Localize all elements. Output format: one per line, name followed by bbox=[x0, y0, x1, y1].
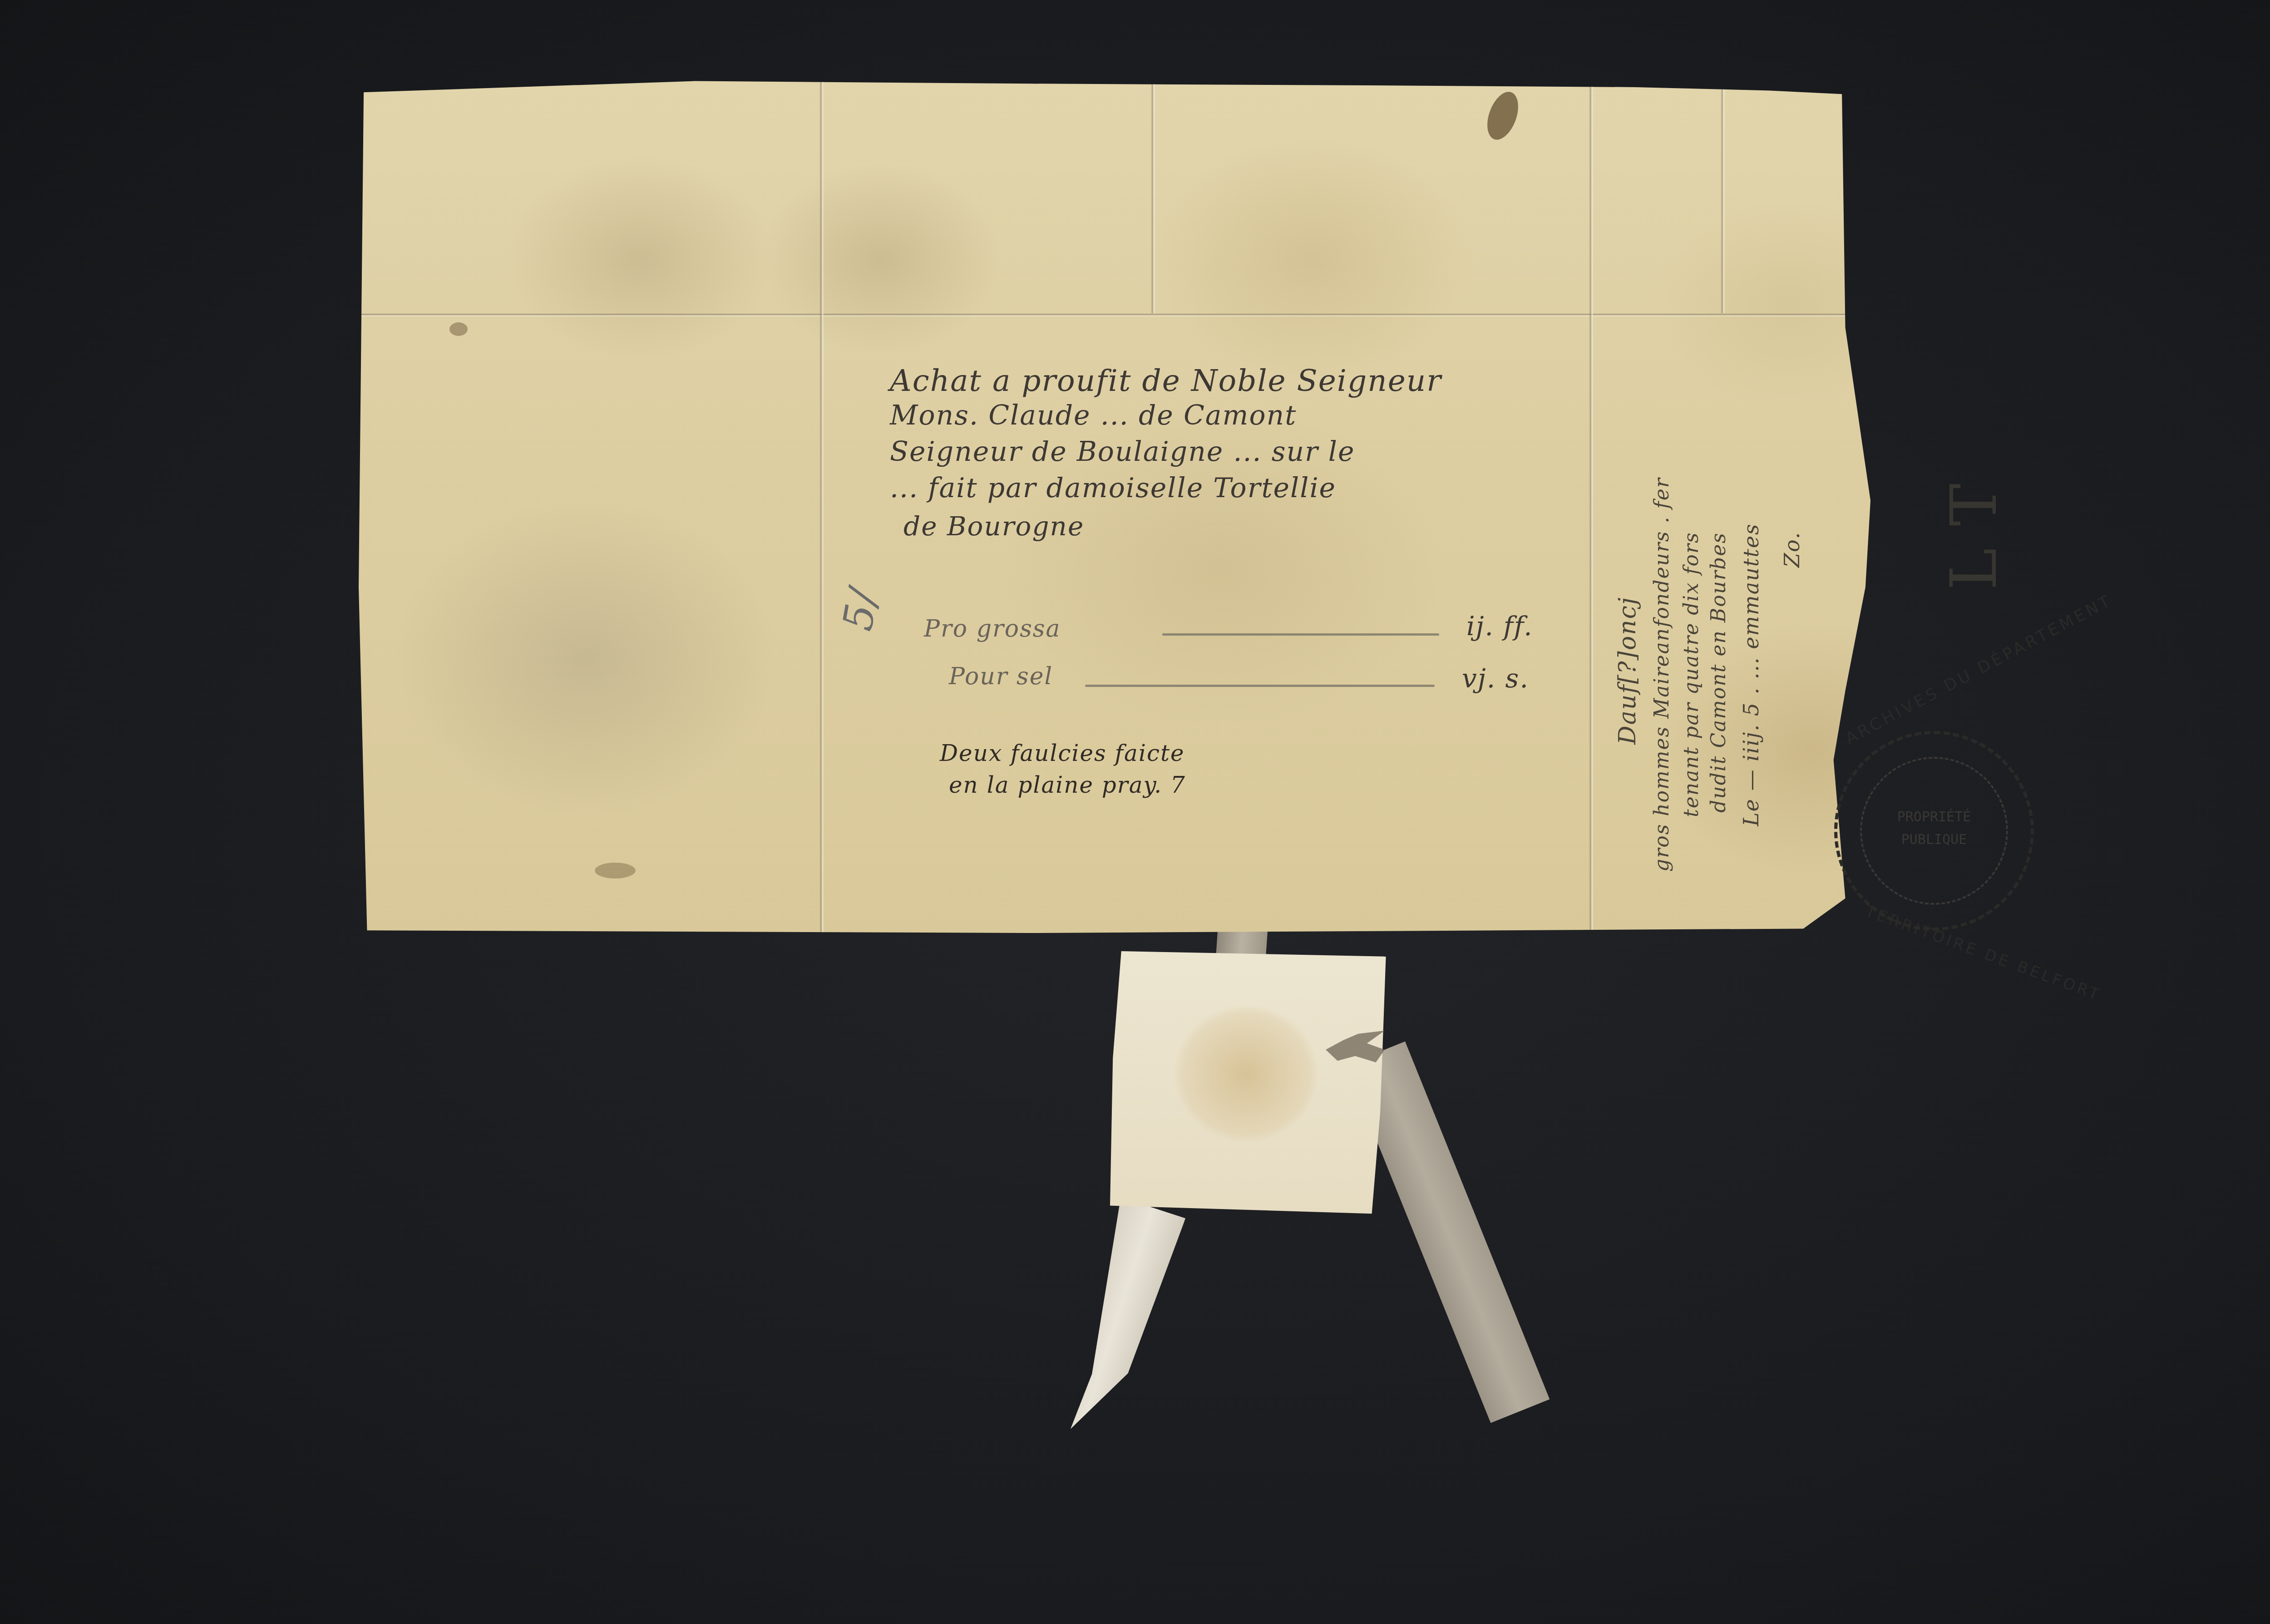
stamp-inner-ring bbox=[1860, 757, 2008, 905]
endorsement-line-3: Seigneur de Boulaigne ... sur le bbox=[890, 436, 1355, 468]
account-amount-2: vj. s. bbox=[1462, 663, 1529, 694]
fold-line-far-right bbox=[1721, 68, 1725, 313]
account-rule-2 bbox=[1085, 685, 1435, 687]
vertical-note-6: Zo. bbox=[1780, 532, 1804, 568]
lower-note-line-1: Deux faulcies faicte bbox=[940, 740, 1185, 766]
ink-stain-fold bbox=[449, 322, 468, 336]
vertical-note-4: dudit Camont en Bourbes bbox=[1707, 532, 1730, 813]
margin-flourish: 5/ bbox=[834, 585, 888, 634]
stamp-center-line-1: PROPRIÉTÉ bbox=[1837, 809, 2031, 825]
ink-stain-left bbox=[595, 863, 636, 879]
endorsement-line-2: Mons. Claude ... de Camont bbox=[890, 400, 1297, 431]
fold-line-left bbox=[819, 68, 824, 933]
lower-note-line-2: en la plaine pray. 7 bbox=[949, 772, 1186, 798]
ink-stain-top bbox=[1481, 88, 1524, 144]
endorsement-line-5: de Bourogne bbox=[903, 511, 1084, 542]
faint-letters-right: L T bbox=[1937, 483, 2011, 590]
account-label-1: Pro grossa bbox=[924, 615, 1061, 642]
archive-stamp: ARCHIVES DU DÉPARTEMENT TERRITOIRE DE BE… bbox=[1834, 731, 2034, 931]
vertical-note-1: Dauf[?]oncj bbox=[1614, 597, 1641, 745]
endorsement-line-4: ... fait par damoiselle Tortellie bbox=[890, 472, 1336, 504]
account-amount-1: ij. ff. bbox=[1466, 611, 1533, 642]
vertical-note-2: gros hommes Maireanfondeurs . fer bbox=[1650, 477, 1673, 872]
account-label-2: Pour sel bbox=[949, 663, 1053, 690]
fold-line-horizontal bbox=[359, 313, 2038, 317]
vertical-note-3: tenant par quatre dix fors bbox=[1680, 532, 1703, 817]
account-rule-1 bbox=[1162, 633, 1439, 636]
vertical-note-5: Le — iiij. 5 . ... emmauttes bbox=[1739, 523, 1763, 826]
stamp-center-line-2: PUBLIQUE bbox=[1837, 832, 2031, 848]
endorsement-line-1: Achat a proufit de Noble Seigneur bbox=[890, 363, 1442, 398]
fold-line-middle bbox=[1151, 68, 1155, 313]
seal-tag bbox=[1110, 951, 1392, 1219]
fold-line-right bbox=[1589, 68, 1594, 933]
